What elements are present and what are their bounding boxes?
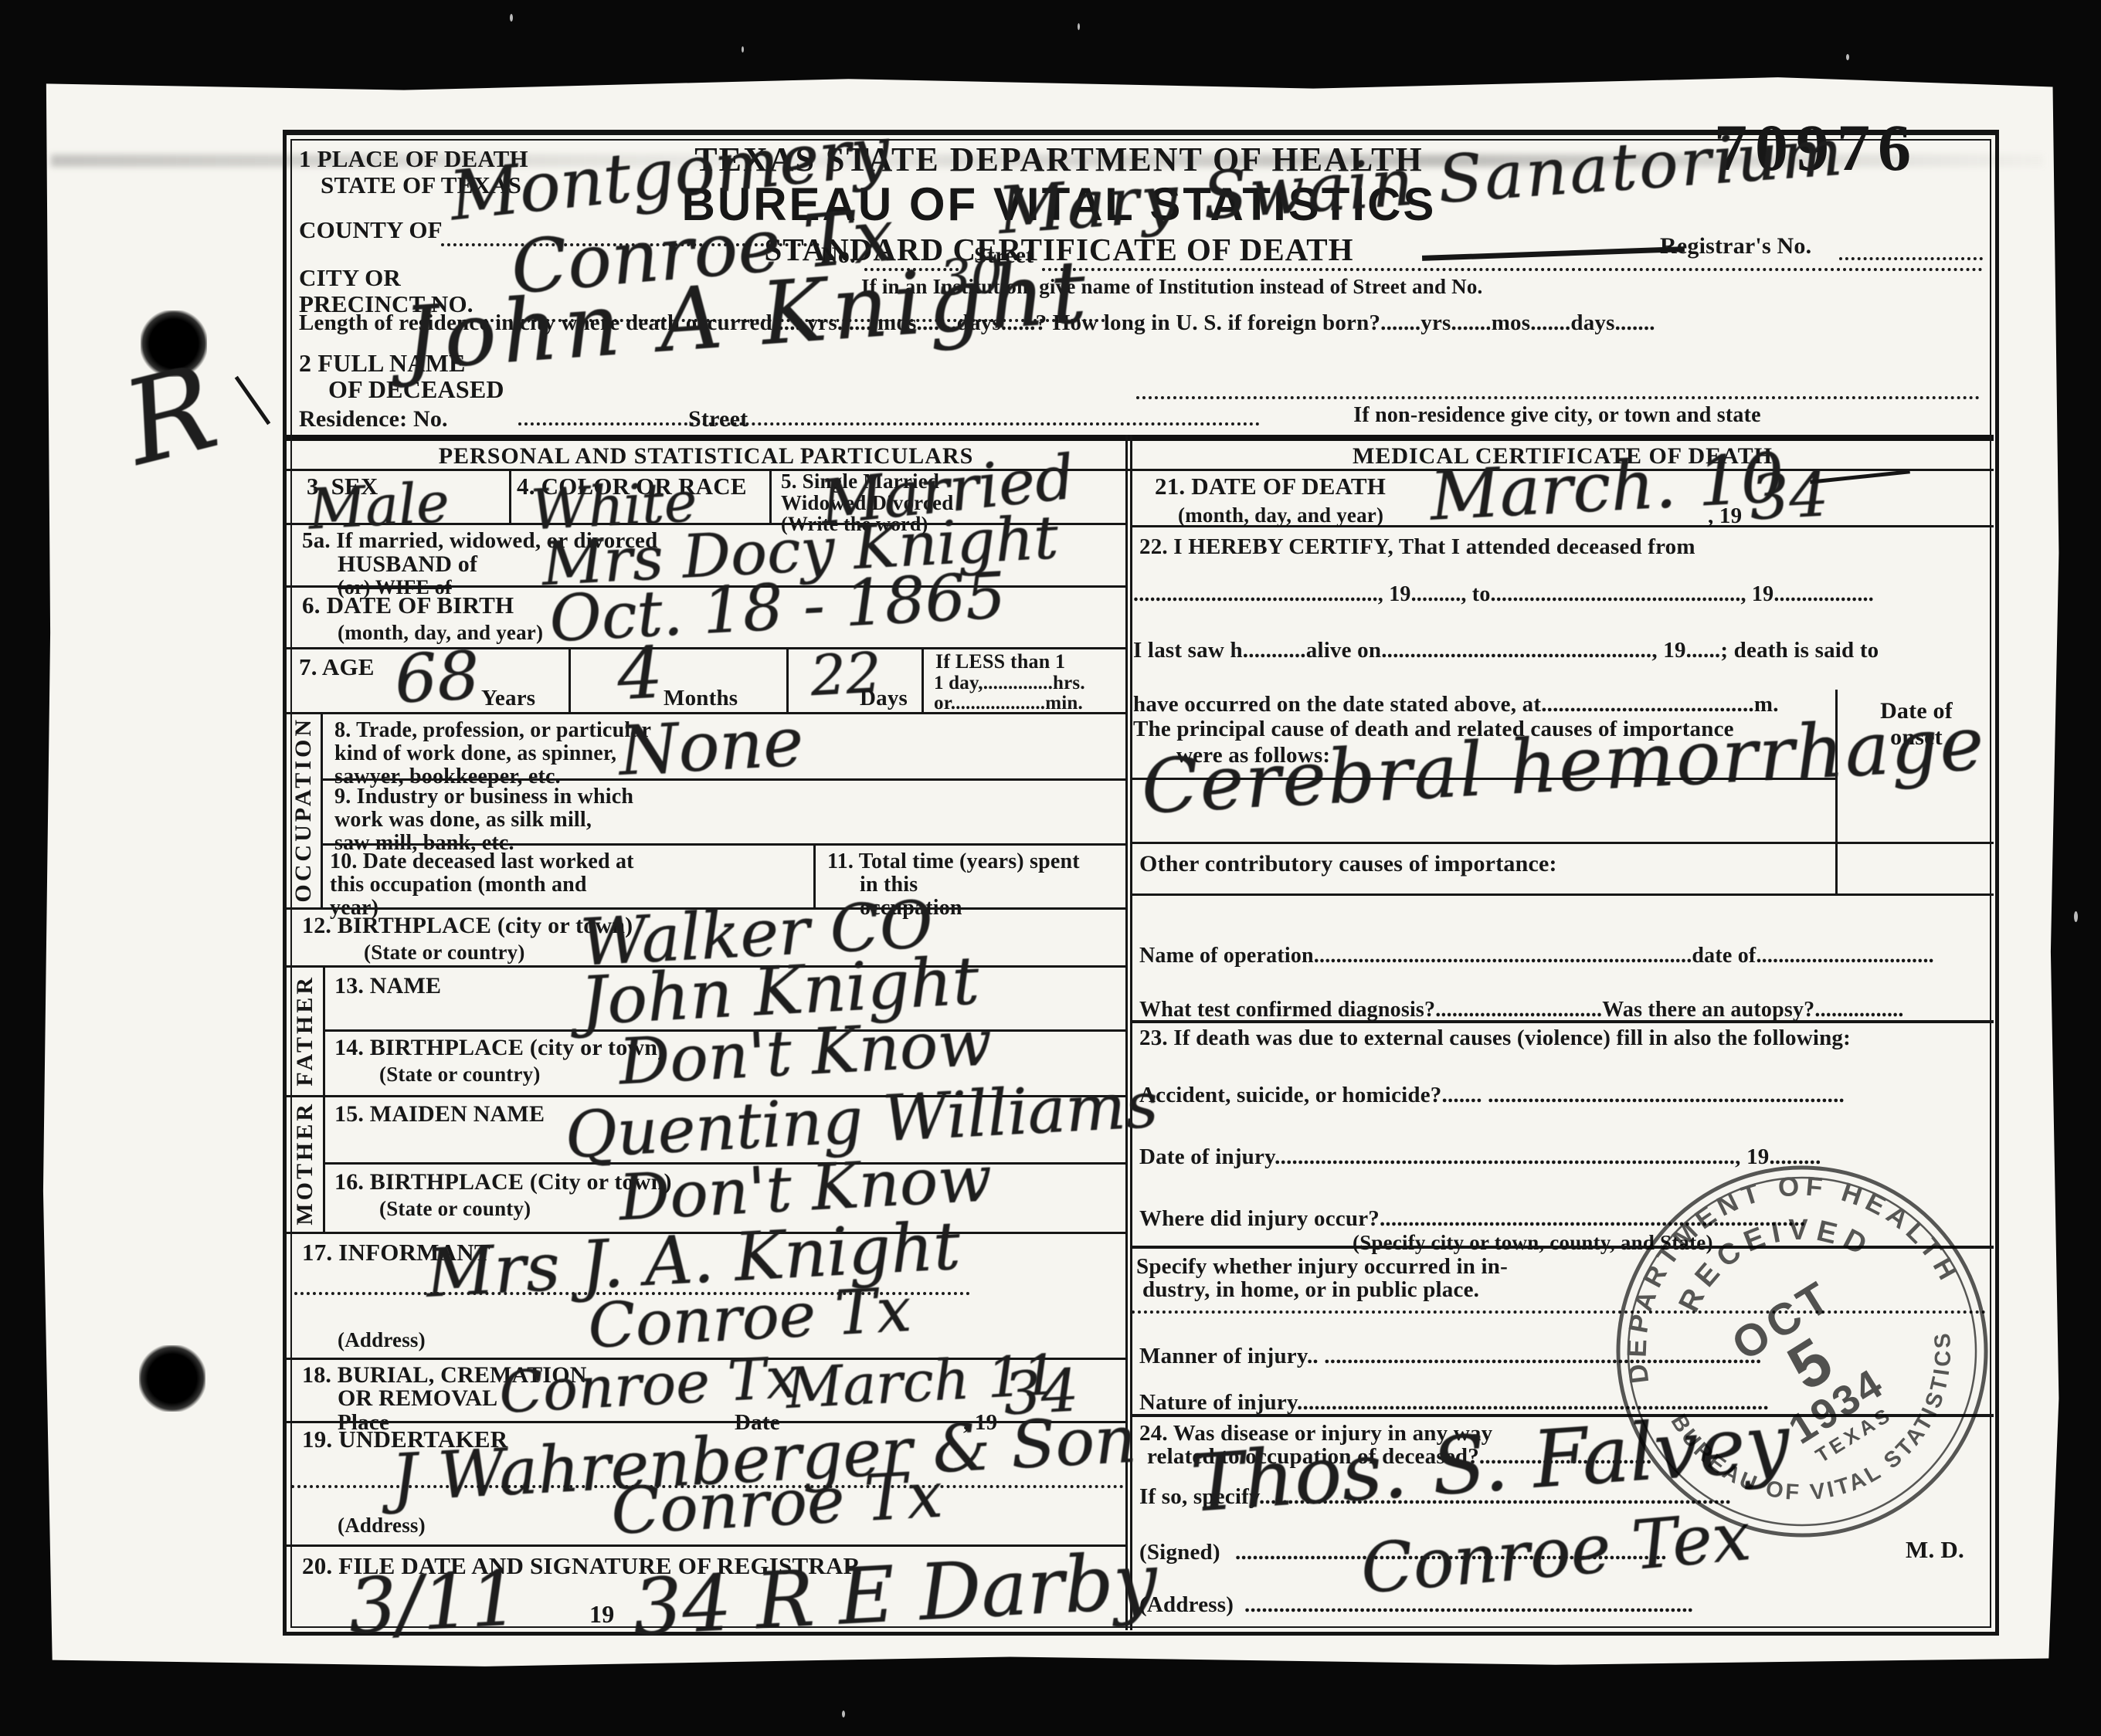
dotted-line bbox=[1042, 268, 1983, 271]
punch-hole bbox=[139, 1345, 205, 1412]
specify-line1: Specify whether injury occurred in in- bbox=[1136, 1255, 1508, 1279]
rule bbox=[1132, 893, 1994, 896]
trade-handwritten-value: None bbox=[617, 708, 805, 785]
birthplace-note: (State or country) bbox=[364, 941, 525, 964]
injury-date-line: Date of injury..........................… bbox=[1139, 1145, 1821, 1169]
husband-of-label-2: HUSBAND of bbox=[338, 552, 477, 577]
less-than-one-line2: 1 day,..............hrs. bbox=[934, 673, 1085, 693]
age-label: 7. AGE bbox=[299, 654, 375, 680]
father-name-label: 13. NAME bbox=[334, 974, 441, 999]
rule bbox=[1132, 525, 1994, 527]
contributory-causes-label: Other contributory causes of importance: bbox=[1139, 852, 1557, 876]
cell-divider bbox=[922, 647, 924, 712]
last-worked-label-line1: 10. Date deceased last worked at bbox=[330, 850, 634, 873]
dotted-line bbox=[1136, 396, 1980, 399]
margin-handwritten-initial: R bbox=[114, 350, 227, 483]
certify-dates-line: ........................................… bbox=[1133, 583, 1874, 606]
father-side-label: FATHER bbox=[287, 965, 325, 1095]
registrar-year-printed: 19 bbox=[589, 1601, 614, 1628]
occupation-side-text: OCCUPATION bbox=[290, 717, 317, 903]
external-causes-label: 23. If death was due to external causes … bbox=[1139, 1026, 1851, 1050]
certificate-page: R 1 PLACE OF DEATH STATE OF TEXAS TEXAS … bbox=[40, 74, 2061, 1670]
industry-label-line1: 9. Industry or business in which bbox=[334, 785, 633, 809]
cell-divider bbox=[569, 647, 571, 712]
signed-label: (Signed) bbox=[1139, 1541, 1220, 1565]
date-of-death-note: (month, day, and year) bbox=[1178, 504, 1383, 527]
dotted-line bbox=[1839, 257, 1983, 260]
father-side-text: FATHER bbox=[292, 975, 318, 1087]
residence-no-label: Residence: No. bbox=[299, 407, 448, 432]
md-label: M. D. bbox=[1906, 1537, 1964, 1562]
rule bbox=[1132, 1020, 1994, 1023]
occurred-line: have occurred on the date stated above, … bbox=[1133, 693, 1779, 717]
years-label: Years bbox=[481, 687, 535, 710]
scan-speck bbox=[842, 1711, 845, 1717]
county-of-label: COUNTY OF bbox=[299, 217, 443, 242]
industry-label-line2: work was done, as silk mill, bbox=[334, 809, 592, 832]
rule bbox=[1132, 842, 1994, 844]
specify-line2: dustry, in home, or in public place. bbox=[1142, 1278, 1479, 1302]
certificate-body: 1 PLACE OF DEATH STATE OF TEXAS TEXAS ST… bbox=[283, 130, 1999, 1636]
full-name-handwritten-value: John A Knight bbox=[400, 249, 1095, 383]
dob-label: 6. DATE OF BIRTH bbox=[302, 592, 514, 618]
age-years-handwritten: 68 bbox=[393, 643, 481, 714]
scan-speck bbox=[510, 14, 513, 22]
total-time-label-line1: 11. Total time (years) spent bbox=[827, 850, 1080, 873]
margin-pen-stroke bbox=[235, 376, 271, 425]
rule bbox=[1132, 778, 1835, 780]
cell-divider bbox=[769, 469, 772, 523]
certify-label-bold: 22. I HEREBY CERTIFY, bbox=[1139, 534, 1393, 559]
certify-label: 22. I HEREBY CERTIFY, That I attended de… bbox=[1139, 535, 1695, 559]
operation-line: Name of operation.......................… bbox=[1139, 944, 1934, 968]
scan-speck bbox=[742, 46, 744, 53]
mother-side-text: MOTHER bbox=[292, 1101, 318, 1226]
date-of-death-label: 21. DATE OF DEATH bbox=[1155, 473, 1386, 499]
less-than-one-line3: or...................min. bbox=[934, 693, 1083, 714]
maiden-name-label: 15. MAIDEN NAME bbox=[334, 1102, 545, 1127]
scanned-death-certificate: R 1 PLACE OF DEATH STATE OF TEXAS TEXAS … bbox=[0, 0, 2101, 1736]
burial-label-line2: OR REMOVAL bbox=[338, 1386, 497, 1411]
trade-label-line2: kind of work done, as spinner, bbox=[334, 742, 616, 765]
city-or-label: CITY OR bbox=[299, 265, 401, 290]
undertaker-address-label: (Address) bbox=[338, 1514, 426, 1537]
informant-address-handwritten: Conroe Tx bbox=[586, 1279, 912, 1358]
accident-line: Accident, suicide, or homicide?....... .… bbox=[1139, 1083, 1845, 1107]
last-saw-line: I last saw h...........alive on.........… bbox=[1133, 639, 1879, 663]
last-worked-label-line2: this occupation (month and bbox=[330, 873, 587, 897]
scan-speck bbox=[1846, 54, 1849, 60]
informant-address-label: (Address) bbox=[338, 1329, 426, 1351]
days-label: Days bbox=[860, 687, 908, 710]
registrar-date-handwritten: 3/11 bbox=[347, 1561, 521, 1645]
age-months-handwritten: 4 bbox=[616, 638, 664, 711]
father-birthplace-label: 14. BIRTHPLACE (city or town) bbox=[334, 1036, 665, 1060]
scan-speck bbox=[2074, 911, 2078, 922]
certify-label-rest: That I attended deceased from bbox=[1393, 534, 1695, 559]
mother-side-label: MOTHER bbox=[287, 1095, 325, 1232]
nonresidence-note: If non-residence give city, or town and … bbox=[1136, 404, 1978, 427]
test-autopsy-line: What test confirmed diagnosis?..........… bbox=[1139, 999, 1904, 1022]
less-than-one-line1: If LESS than 1 bbox=[935, 651, 1065, 673]
registrar-signature-handwritten: 34 R E Darby bbox=[631, 1542, 1159, 1646]
father-birthplace-note: (State or country) bbox=[379, 1063, 541, 1086]
address-dotted-line: ........................................… bbox=[1244, 1593, 1693, 1617]
death-year-handwritten: 34 bbox=[1748, 463, 1830, 529]
residence-street-label: Street bbox=[688, 407, 748, 432]
mother-birthplace-note: (State or county) bbox=[379, 1198, 531, 1220]
cell-divider bbox=[509, 469, 511, 523]
scan-speck bbox=[1078, 23, 1080, 30]
address-label: (Address) bbox=[1139, 1593, 1234, 1617]
trade-label-line1: 8. Trade, profession, or particular bbox=[334, 719, 651, 742]
occupation-side-label: OCCUPATION bbox=[287, 712, 323, 907]
undertaker-address-handwritten: Conroe Tx bbox=[609, 1464, 944, 1544]
